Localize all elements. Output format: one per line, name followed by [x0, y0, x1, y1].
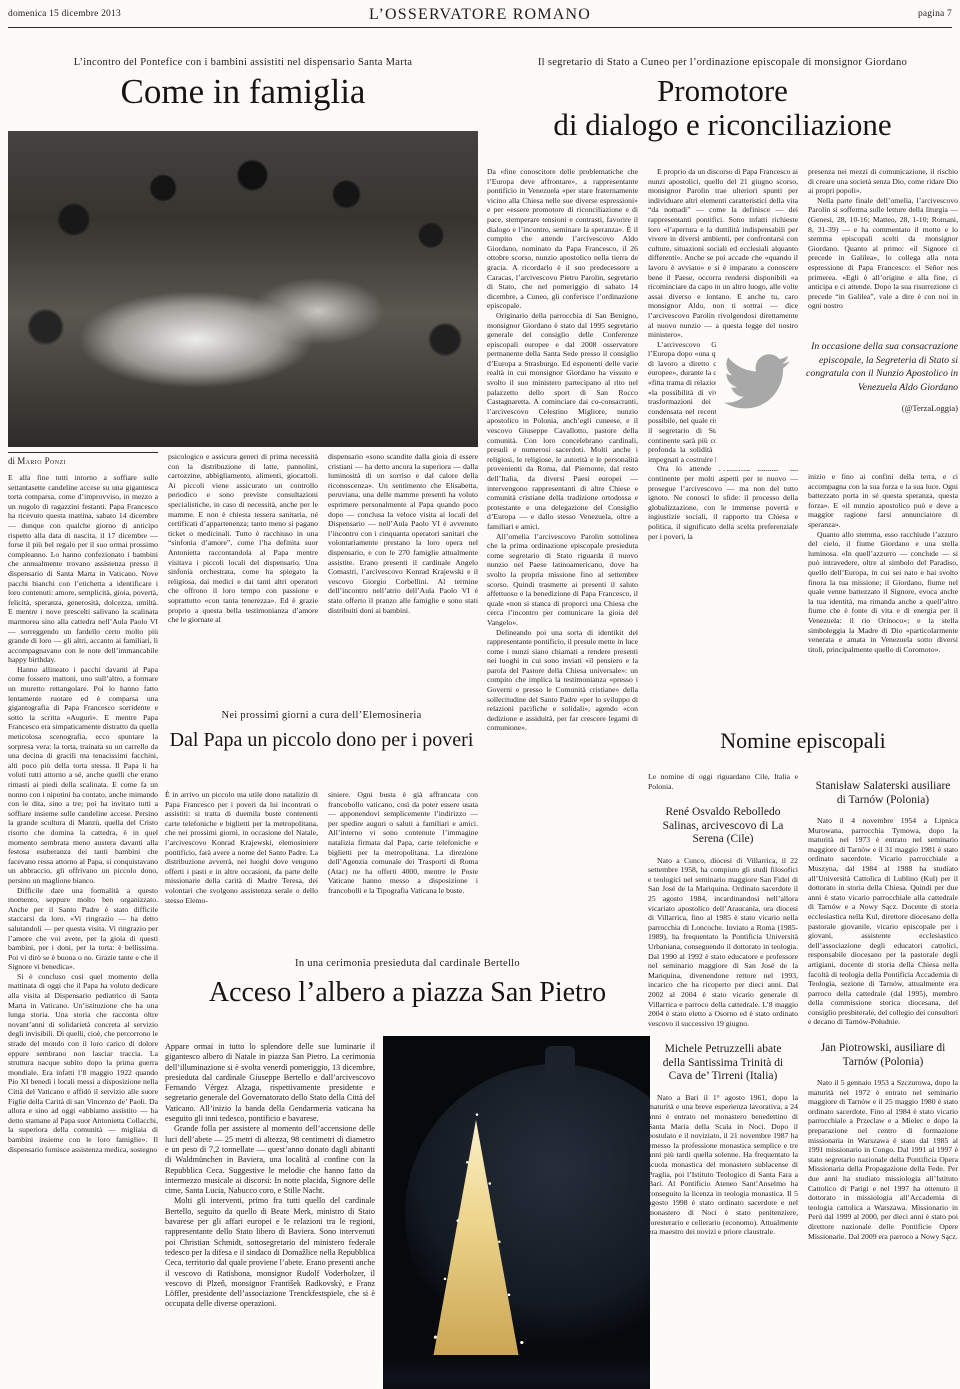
dono-kicker: Nei prossimi giorni a cura dell’Elemosin… [165, 710, 478, 721]
byline-mario-ponzi: di Mario Ponzi [8, 456, 158, 466]
paragraph: È in arrivo un piccolo ma utile dono nat… [165, 790, 318, 905]
photo-christmas-tree-st-peters [383, 1036, 650, 1389]
paragraph: Grande folla per assistere al momento de… [165, 1124, 375, 1196]
paragraph: E alla fine tutti intorno a soffiare sul… [8, 473, 158, 665]
byline-rule [8, 452, 158, 453]
nomine-entry-piotrowski-bio: Nato il 5 gennaio 1953 a Szczurowa, dopo… [808, 1078, 958, 1241]
dome-lantern-silhouette [545, 1046, 575, 1092]
headline-acceso-albero: Acceso l’albero a piazza San Pietro [165, 977, 650, 1009]
paragraph: Delineando poi una sorta di identikit de… [487, 628, 638, 734]
paragraph: Originario della parrocchia di San Benig… [487, 311, 638, 532]
paragraph: Molti gli interventi, primo fra tutti qu… [165, 1196, 375, 1309]
newspaper-page: domenica 15 dicembre 2013 L’OSSERVATORE … [0, 0, 960, 1389]
nomine-entry-piotrowski-name: Jan Piotrowski, ausiliare di Tarnów (Pol… [812, 1042, 954, 1069]
famiglia-column-2: psicologico e assicura generi di prima n… [168, 452, 318, 667]
twitter-quote-text: In occasione della sua consacrazione epi… [802, 340, 958, 394]
paragraph: Hanno allineato i pacchi davanti al Papa… [8, 665, 158, 886]
paragraph: psicologico e assicura generi di prima n… [168, 452, 318, 625]
albero-kicker: In una cerimonia presieduta dal cardinal… [165, 958, 650, 969]
nomine-entry-petruzzelli-bio: Nato a Bari il 1° agosto 1961, dopo la m… [648, 1093, 798, 1237]
nomine-entry-petruzzelli-name: Michele Petruzzelli abate della Santissi… [652, 1043, 794, 1084]
twitter-bird-icon [716, 334, 802, 423]
paragraph: E proprio da un discorso di Papa Frances… [648, 167, 798, 340]
paragraph: Ora lo attende l’America Latina: «un con… [648, 464, 798, 541]
tree-light-dots [397, 1104, 557, 1369]
nomine-heading: Nomine episcopali [648, 728, 958, 754]
promotore-kicker: Il segretario di Stato a Cuneo per l’ord… [487, 57, 958, 68]
byline-prefix: di [8, 456, 15, 466]
famiglia-column-3: dispensario «sono scandite dalla gioia d… [328, 452, 478, 667]
dono-column-2: siniere. Ogni busta è già affrancata con… [328, 790, 478, 1003]
nomine-entry-rebolledo-bio: Nato a Cunco, diocesi di Villarrica, il … [648, 856, 798, 1029]
paragraph: Difficile dare una formalità a questo mo… [8, 886, 158, 972]
promotore-column-3-lower: inizio e fino ai confini della terra, e … [808, 472, 958, 704]
header-rule [8, 27, 952, 28]
paragraph: Si è concluso così quel momento della ma… [8, 972, 158, 1154]
paragraph: siniere. Ogni busta è già affrancata con… [328, 790, 478, 896]
dono-column-1: È in arrivo un piccolo ma utile dono nat… [165, 790, 318, 1003]
albero-column-1: Appare ormai in tutto lo splendore delle… [165, 1042, 375, 1387]
nomine-intro: Le nomine di oggi riguardano Cile, Itali… [648, 772, 798, 791]
photo-children-dispensary [8, 131, 478, 447]
masthead-title: L’OSSERVATORE ROMANO [0, 6, 960, 24]
headline-promotore: Promotore di dialogo e riconciliazione [487, 74, 958, 142]
paragraph: inizio e fino ai confini della terra, e … [808, 472, 958, 530]
headline-promotore-line1: Promotore [487, 74, 958, 108]
paragraph: Da «fine conoscitore delle problematiche… [487, 167, 638, 311]
twitter-handle: (@TerzaLoggia) [802, 403, 958, 413]
twitter-quote-body: In occasione della sua consacrazione epi… [802, 334, 958, 413]
page-number: pagina 7 [918, 9, 952, 19]
twitter-quote-box: In occasione della sua consacrazione epi… [716, 334, 958, 470]
paragraph: All’omelia l’arcivescovo Parolin sottoli… [487, 532, 638, 628]
headline-come-in-famiglia: Come in famiglia [8, 72, 478, 112]
headline-dal-papa-dono: Dal Papa un piccolo dono per i poveri [165, 729, 478, 752]
headline-promotore-line2: di dialogo e riconciliazione [487, 108, 958, 142]
nomine-column-right: Stanisław Salaterski ausiliare di Tarnów… [808, 778, 958, 1388]
paragraph: Nella parte finale dell’omelia, l’arcive… [808, 196, 958, 311]
nomine-entry-salaterski-name: Stanisław Salaterski ausiliare di Tarnów… [812, 780, 954, 807]
nomine-entry-rebolledo-name: René Osvaldo Rebolledo Salinas, arcivesc… [652, 806, 794, 847]
paragraph: presenza nei mezzi di comunicazione, il … [808, 167, 958, 196]
byline-author-name: Mario Ponzi [17, 456, 66, 466]
promotore-column-1: Da «fine conoscitore delle problematiche… [487, 167, 638, 933]
nomine-column-left: Le nomine di oggi riguardano Cile, Itali… [648, 772, 798, 1388]
promotore-column-3-upper: presenza nei mezzi di comunicazione, il … [808, 167, 958, 344]
famiglia-kicker: L’incontro del Pontefice con i bambini a… [8, 57, 478, 68]
famiglia-column-1: E alla fine tutti intorno a soffiare sul… [8, 473, 158, 1386]
crowd-silhouette [383, 1359, 650, 1389]
paragraph: Quanto allo stemma, esso racchiude l’azz… [808, 530, 958, 655]
nomine-entry-salaterski-bio: Nato il 4 novembre 1954 a Lipnica Murowa… [808, 816, 958, 1027]
paragraph: Appare ormai in tutto lo splendore delle… [165, 1042, 375, 1124]
paragraph: dispensario «sono scandite dalla gioia d… [328, 452, 478, 615]
